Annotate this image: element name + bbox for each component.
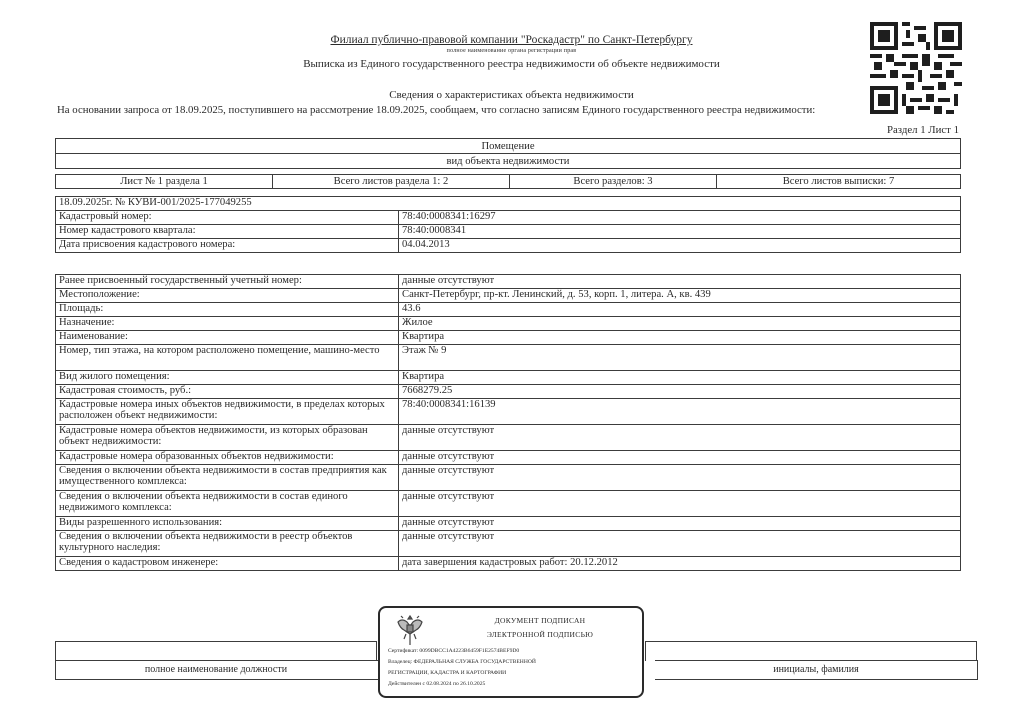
table-row: Кадастровый номер: 78:40:0008341:16297 [56,211,961,225]
row-label: Сведения о кадастровом инженере: [56,557,399,571]
total-sheets-extract: Всего листов выписки: 7 [717,175,961,189]
row-label: Кадастровая стоимость, руб.: [56,385,399,399]
sheet-reference: Раздел 1 Лист 1 [887,124,959,136]
row-label: Площадь: [56,303,399,317]
row-label: Вид жилого помещения: [56,371,399,385]
row-label: Сведения о включении объекта недвижимост… [56,491,399,517]
stamp-subtitle: ЭЛЕКТРОННОЙ ПОДПИСЬЮ [440,630,640,639]
assignment-date: 04.04.2013 [399,239,961,253]
table-row: Дата присвоения кадастрового номера: 04.… [56,239,961,253]
object-type: Помещение [56,139,961,154]
row-value: данные отсутствуют [399,451,961,465]
table-row: Сведения о кадастровом инженере:дата зав… [56,557,961,571]
table-row: Кадастровые номера объектов недвижимости… [56,425,961,451]
row-label: Номер, тип этажа, на котором расположено… [56,345,399,371]
table-row: Номер кадастрового квартала: 78:40:00083… [56,225,961,239]
section-title: Сведения о характеристиках объекта недви… [0,89,1023,101]
row-value: дата завершения кадастровых работ: 20.12… [399,557,961,571]
object-type-caption: вид объекта недвижимости [56,154,961,169]
row-value: Квартира [399,371,961,385]
row-label: Местоположение: [56,289,399,303]
table-row: Местоположение:Санкт-Петербург, пр-кт. Л… [56,289,961,303]
row-value: Жилое [399,317,961,331]
table-row: Назначение:Жилое [56,317,961,331]
sheet-of-section: Лист № 1 раздела 1 [56,175,273,189]
row-label: Кадастровый номер: [56,211,399,225]
sheets-info-table: Лист № 1 раздела 1 Всего листов раздела … [55,174,961,189]
cadastral-number: 78:40:0008341:16297 [399,211,961,225]
row-label: Сведения о включении объекта недвижимост… [56,465,399,491]
table-row: Наименование:Квартира [56,331,961,345]
table-row: Виды разрешенного использования:данные о… [56,517,961,531]
table-row: Площадь:43.6 [56,303,961,317]
row-label: Кадастровые номера образованных объектов… [56,451,399,465]
row-value: данные отсутствуют [399,531,961,557]
row-value: данные отсутствуют [399,425,961,451]
table-row: Ранее присвоенный государственный учетны… [56,275,961,289]
row-value: Квартира [399,331,961,345]
stamp-owner-cont: РЕГИСТРАЦИИ, КАДАСТРА И КАРТОГРАФИИ [388,670,506,676]
row-value: данные отсутствуют [399,491,961,517]
row-label: Дата присвоения кадастрового номера: [56,239,399,253]
row-label: Наименование: [56,331,399,345]
table-row: Сведения о включении объекта недвижимост… [56,491,961,517]
row-value: Санкт-Петербург, пр-кт. Ленинский, д. 53… [399,289,961,303]
row-value: 43.6 [399,303,961,317]
stamp-title: ДОКУМЕНТ ПОДПИСАН [440,616,640,625]
name-field-border [645,641,977,661]
table-row: Кадастровая стоимость, руб.:7668279.25 [56,385,961,399]
row-label: Назначение: [56,317,399,331]
stamp-owner: Владелец: ФЕДЕРАЛЬНАЯ СЛУЖБА ГОСУДАРСТВЕ… [388,659,536,665]
row-label: Виды разрешенного использования: [56,517,399,531]
request-reference: 18.09.2025г. № КУВИ-001/2025-177049255 [56,197,961,211]
characteristics-table: Ранее присвоенный государственный учетны… [55,274,961,571]
table-row: Кадастровые номера иных объектов недвижи… [56,399,961,425]
table-row: Кадастровые номера образованных объектов… [56,451,961,465]
object-type-table: Помещение вид объекта недвижимости [55,138,961,169]
table-row: Номер, тип этажа, на котором расположено… [56,345,961,371]
row-value: данные отсутствуют [399,465,961,491]
row-value: Этаж № 9 [399,345,961,371]
row-label: Номер кадастрового квартала: [56,225,399,239]
row-label: Кадастровые номера объектов недвижимости… [56,425,399,451]
row-value: данные отсутствуют [399,275,961,289]
table-row: Вид жилого помещения:Квартира [56,371,961,385]
cadastral-quarter: 78:40:0008341 [399,225,961,239]
double-headed-eagle-emblem-icon [394,612,426,644]
position-caption: полное наименование должности [55,664,377,675]
stamp-validity: Действителен с 02.08.2024 по 26.10.2025 [388,681,485,687]
table-row: Сведения о включении объекта недвижимост… [56,531,961,557]
stamp-certificate: Сертификат: 0099DBCC1A4223B6459F1E2574BE… [388,648,519,654]
name-caption: инициалы, фамилия [655,664,977,675]
table-row: Сведения о включении объекта недвижимост… [56,465,961,491]
row-value: данные отсутствуют [399,517,961,531]
row-label: Сведения о включении объекта недвижимост… [56,531,399,557]
row-value: 78:40:0008341:16139 [399,399,961,425]
total-sections: Всего разделов: 3 [510,175,717,189]
total-sheets-section: Всего листов раздела 1: 2 [273,175,510,189]
electronic-signature-stamp: ДОКУМЕНТ ПОДПИСАН ЭЛЕКТРОННОЙ ПОДПИСЬЮ С… [378,606,644,698]
identification-table: 18.09.2025г. № КУВИ-001/2025-177049255 К… [55,196,961,253]
row-label: Ранее присвоенный государственный учетны… [56,275,399,289]
row-label: Кадастровые номера иных объектов недвижи… [56,399,399,425]
position-field-border [55,641,377,661]
intro-text: На основании запроса от 18.09.2025, пост… [57,104,815,116]
row-value: 7668279.25 [399,385,961,399]
